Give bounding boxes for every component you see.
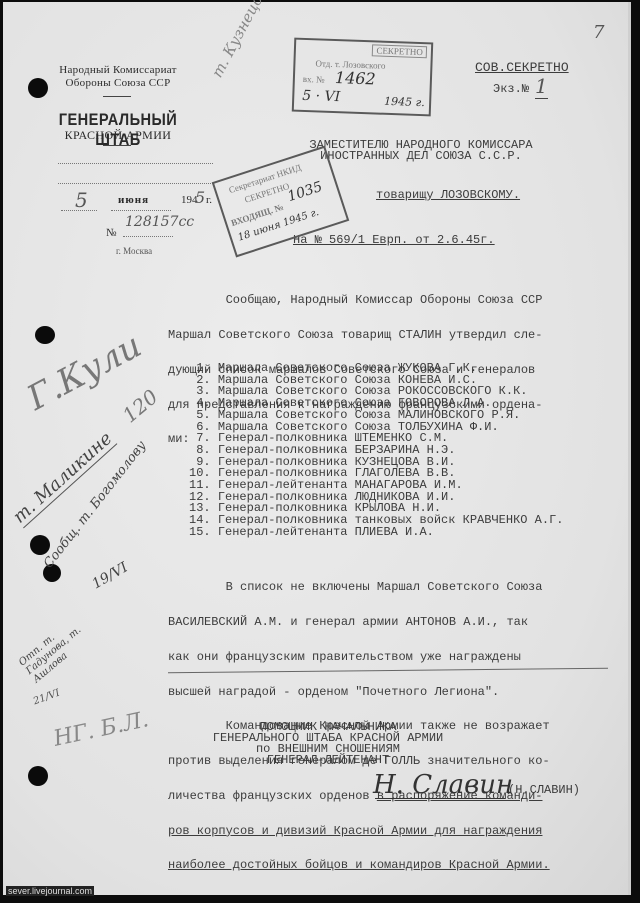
- margin-count: 120: [118, 385, 163, 428]
- margin-note3: Отп. т. Гадунова, т. Ашлова: [17, 609, 99, 686]
- text-line: Маршал Советского Союза товарищ СТАЛИН у…: [168, 330, 608, 342]
- text-line: ВАСИЛЕВСКИЙ А.М. и генерал армии АНТОНОВ…: [168, 617, 608, 629]
- margin-note2-date: 19/VI: [90, 560, 131, 593]
- punch-hole: [28, 766, 48, 786]
- incoming-stamp-top: СЕКРЕТНО Отд. т. Лозовского вх. № 1462 5…: [292, 38, 433, 117]
- letterhead-subtitle: КРАСНОЙ АРМИИ: [43, 128, 193, 143]
- margin-initials: НГ. Б.Л.: [51, 707, 150, 751]
- outgoing-number: 128157сс: [125, 214, 194, 230]
- margin-note1: т. Маликине: [9, 428, 117, 528]
- signature-line: [375, 798, 505, 799]
- letterhead-line1: Народный Комиссариат: [43, 64, 193, 76]
- signatory-name: (Н.СЛАВИН): [508, 783, 580, 797]
- item-number: 15.: [189, 525, 211, 539]
- copy-label: Экз.№: [493, 82, 529, 96]
- document-page: Народный Комиссариат Обороны Союза ССР Г…: [3, 2, 631, 895]
- text-line: Сообщаю, Народный Комиссар Обороны Союза…: [168, 295, 608, 307]
- date-year-digit: 5: [195, 188, 205, 207]
- text-plain: личества французских орденов: [168, 789, 377, 803]
- stamp-number: 1462: [335, 68, 376, 88]
- stamp-year: 1945 г.: [384, 95, 425, 109]
- date-day: 5: [75, 188, 88, 212]
- margin-note-top: т. Кузнецову: [208, 0, 275, 80]
- dotted-line: [58, 183, 213, 184]
- punch-hole: [30, 535, 50, 555]
- page-number: 7: [593, 22, 604, 43]
- divider: [103, 96, 131, 97]
- letterhead-line2: Обороны Союза ССР: [43, 77, 193, 89]
- number-label: №: [106, 227, 117, 239]
- date-suffix: г.: [206, 194, 212, 206]
- dotted-line: [123, 236, 173, 237]
- addressee-name: товарищу ЛОЗОВСКОМУ.: [376, 188, 520, 202]
- divider: [103, 145, 131, 146]
- underlined-text: наиболее достойных бойцов и командиров К…: [168, 860, 608, 872]
- dotted-line: [61, 210, 97, 211]
- text-line: как они французским правительством уже н…: [168, 652, 608, 664]
- stamp-number: 1035: [286, 179, 325, 205]
- list-item: 15. Генерал-лейтенанта ПЛИЕВА И.А.: [189, 527, 563, 539]
- reference: На № 569/1 Еврп. от 2.6.45г.: [293, 233, 495, 247]
- dotted-line: [111, 210, 171, 211]
- stamp-label: СЕКРЕТНО: [372, 44, 427, 58]
- city: г. Москва: [116, 246, 152, 256]
- classification: СОВ.СЕКРЕТНО: [475, 60, 569, 75]
- text-line: высшей наградой - орденом "Почетного Лег…: [168, 687, 608, 699]
- underlined-text: ров корпусов и дивизий Красной Армии для…: [168, 826, 608, 838]
- award-list: 1. Маршала Советского Союза ЖУКОВА Г.К. …: [189, 363, 563, 539]
- text-line: В список не включены Маршал Советского С…: [168, 582, 608, 594]
- stamp-date: 5 · VI: [302, 88, 340, 105]
- date-month: июня: [118, 194, 149, 206]
- punch-hole: [35, 326, 55, 344]
- handwritten-signature: Н. Славин: [373, 770, 513, 800]
- item-rank: Генерал-лейтенанта: [218, 525, 348, 539]
- signature-title-line4: ГЕНЕРАЛ-ЛЕЙТЕНАНТ: [163, 755, 493, 766]
- copy-number: 1: [535, 74, 548, 99]
- watermark: sever.livejournal.com: [6, 886, 94, 896]
- item-name: ПЛИЕВА И.А.: [355, 525, 434, 539]
- dotted-line: [58, 163, 213, 164]
- margin-note3-date: 21/VI: [32, 688, 61, 708]
- stamp-number-label: вх. №: [303, 74, 325, 85]
